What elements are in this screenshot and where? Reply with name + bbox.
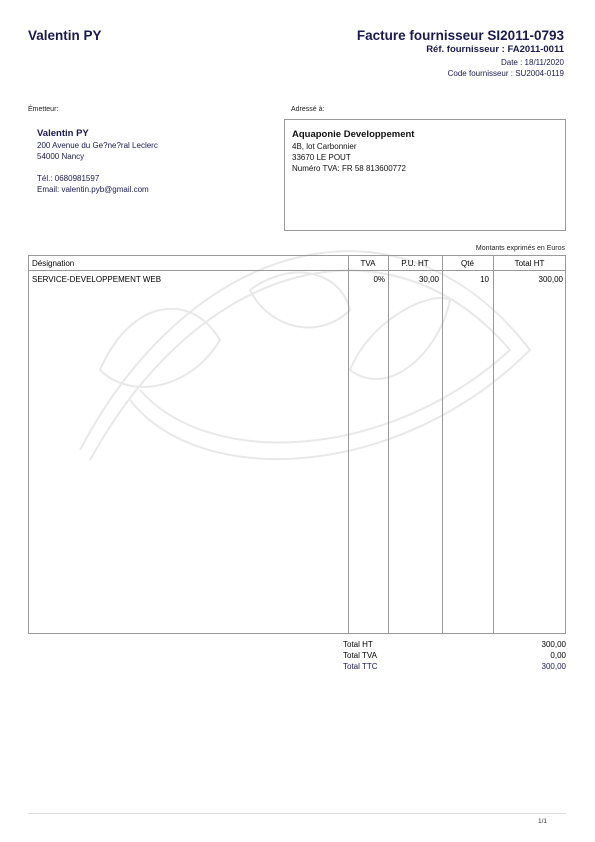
column-divider	[442, 256, 443, 633]
total-ttc-label: Total TTC	[343, 661, 378, 672]
total-ttc-row: Total TTC 300,00	[343, 661, 566, 672]
recipient-address-line1: 4B, lot Carbonnier	[292, 141, 565, 152]
supplier-ref: Réf. fournisseur : FA2011-0011	[426, 44, 564, 55]
row-tva: 0%	[348, 274, 385, 286]
page-number: 1/1	[538, 818, 547, 825]
column-header-tva: TVA	[348, 258, 388, 270]
row-unit-price: 30,00	[388, 274, 439, 286]
invoice-date: Date : 18/11/2020	[501, 58, 564, 67]
total-ttc-value: 300,00	[542, 661, 566, 672]
total-ht-row: Total HT 300,00	[343, 639, 566, 650]
recipient-address-line2: 33670 LE POUT	[292, 152, 565, 163]
recipient-label: Adressé à:	[291, 106, 324, 113]
column-header-qty: Qté	[442, 258, 493, 270]
total-tva-value: 0,00	[550, 650, 566, 661]
recipient-name: Aquaponie Developpement	[292, 129, 565, 141]
currency-note: Montants exprimés en Euros	[476, 245, 565, 252]
column-divider	[388, 256, 389, 633]
items-table: Désignation TVA P.U. HT Qté Total HT SER…	[28, 255, 566, 634]
supplier-code: Code fournisseur : SU2004-0119	[448, 69, 564, 78]
invoice-title: Facture fournisseur SI2011-0793	[357, 28, 564, 43]
total-ht-label: Total HT	[343, 639, 373, 650]
recipient-vat-number: Numéro TVA: FR 58 813600772	[292, 163, 565, 174]
emitter-name: Valentin PY	[37, 128, 273, 140]
row-designation: SERVICE-DEVELOPPEMENT WEB	[32, 274, 161, 286]
total-ht-value: 300,00	[542, 639, 566, 650]
column-divider	[493, 256, 494, 633]
column-header-designation: Désignation	[32, 258, 74, 270]
column-header-total: Total HT	[493, 258, 566, 270]
row-total: 300,00	[493, 274, 563, 286]
total-tva-label: Total TVA	[343, 650, 377, 661]
emitter-address-line1: 200 Avenue du Ge?ne?ral Leclerc	[37, 140, 273, 151]
emitter-label: Émetteur:	[28, 106, 58, 113]
row-qty: 10	[442, 274, 489, 286]
emitter-address-line2: 54000 Nancy	[37, 151, 273, 162]
column-header-unit-price: P.U. HT	[388, 258, 442, 270]
emitter-block: Valentin PY 200 Avenue du Ge?ne?ral Lecl…	[28, 119, 273, 231]
header-divider	[29, 270, 565, 271]
column-divider	[348, 256, 349, 633]
emitter-phone: Tél.: 0680981597	[37, 173, 273, 184]
emitter-email: Email: valentin.pyb@gmail.com	[37, 184, 273, 195]
total-tva-row: Total TVA 0,00	[343, 650, 566, 661]
seller-name: Valentin PY	[28, 28, 102, 43]
footer-divider	[28, 813, 566, 814]
recipient-block: Aquaponie Developpement 4B, lot Carbonni…	[284, 119, 566, 231]
totals-block: Total HT 300,00 Total TVA 0,00 Total TTC…	[343, 639, 566, 672]
